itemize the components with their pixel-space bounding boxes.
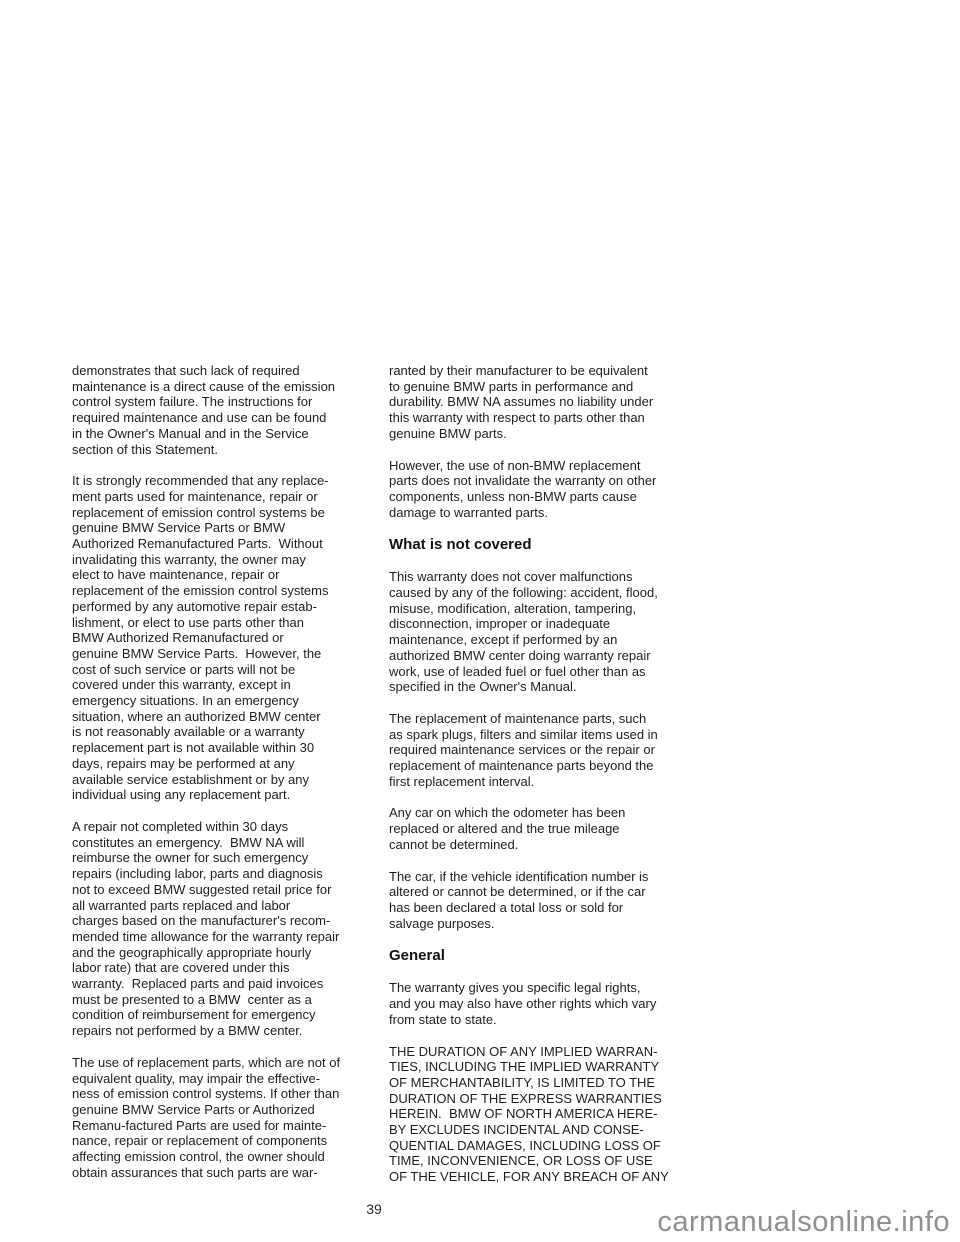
page-number: 39: [352, 1201, 396, 1217]
paragraph-manufacturer-warranty-equivalence: ranted by their manufacturer to be equiv…: [389, 363, 689, 442]
right-column: ranted by their manufacturer to be equiv…: [389, 363, 689, 1201]
paragraph-not-covered-malfunctions: This warranty does not cover malfunction…: [389, 569, 689, 695]
paragraph-non-bmw-parts: However, the use of non-BMW replacement …: [389, 458, 689, 521]
paragraph-continuation: demonstrates that such lack of required …: [72, 363, 372, 457]
watermark: carmanualsonline.info: [657, 1206, 950, 1238]
paragraph-maintenance-parts-replacement: The replacement of maintenance parts, su…: [389, 711, 689, 790]
paragraph-odometer-altered: Any car on which the odometer has been r…: [389, 805, 689, 852]
paragraph-legal-rights: The warranty gives you specific legal ri…: [389, 980, 689, 1027]
paragraph-replacement-parts-quality: The use of replacement parts, which are …: [72, 1055, 372, 1181]
paragraph-replacement-parts-recommendation: It is strongly recommended that any repl…: [72, 473, 372, 803]
document-page: demonstrates that such lack of required …: [0, 0, 960, 1242]
heading-general: General: [389, 947, 689, 964]
paragraph-vin-altered-salvage: The car, if the vehicle identification n…: [389, 869, 689, 932]
paragraph-implied-warranties-disclaimer: THE DURATION OF ANY IMPLIED WARRAN- TIES…: [389, 1044, 689, 1185]
paragraph-emergency-repair-reimbursement: A repair not completed within 30 days co…: [72, 819, 372, 1039]
left-column: demonstrates that such lack of required …: [72, 363, 372, 1196]
heading-what-is-not-covered: What is not covered: [389, 536, 689, 553]
